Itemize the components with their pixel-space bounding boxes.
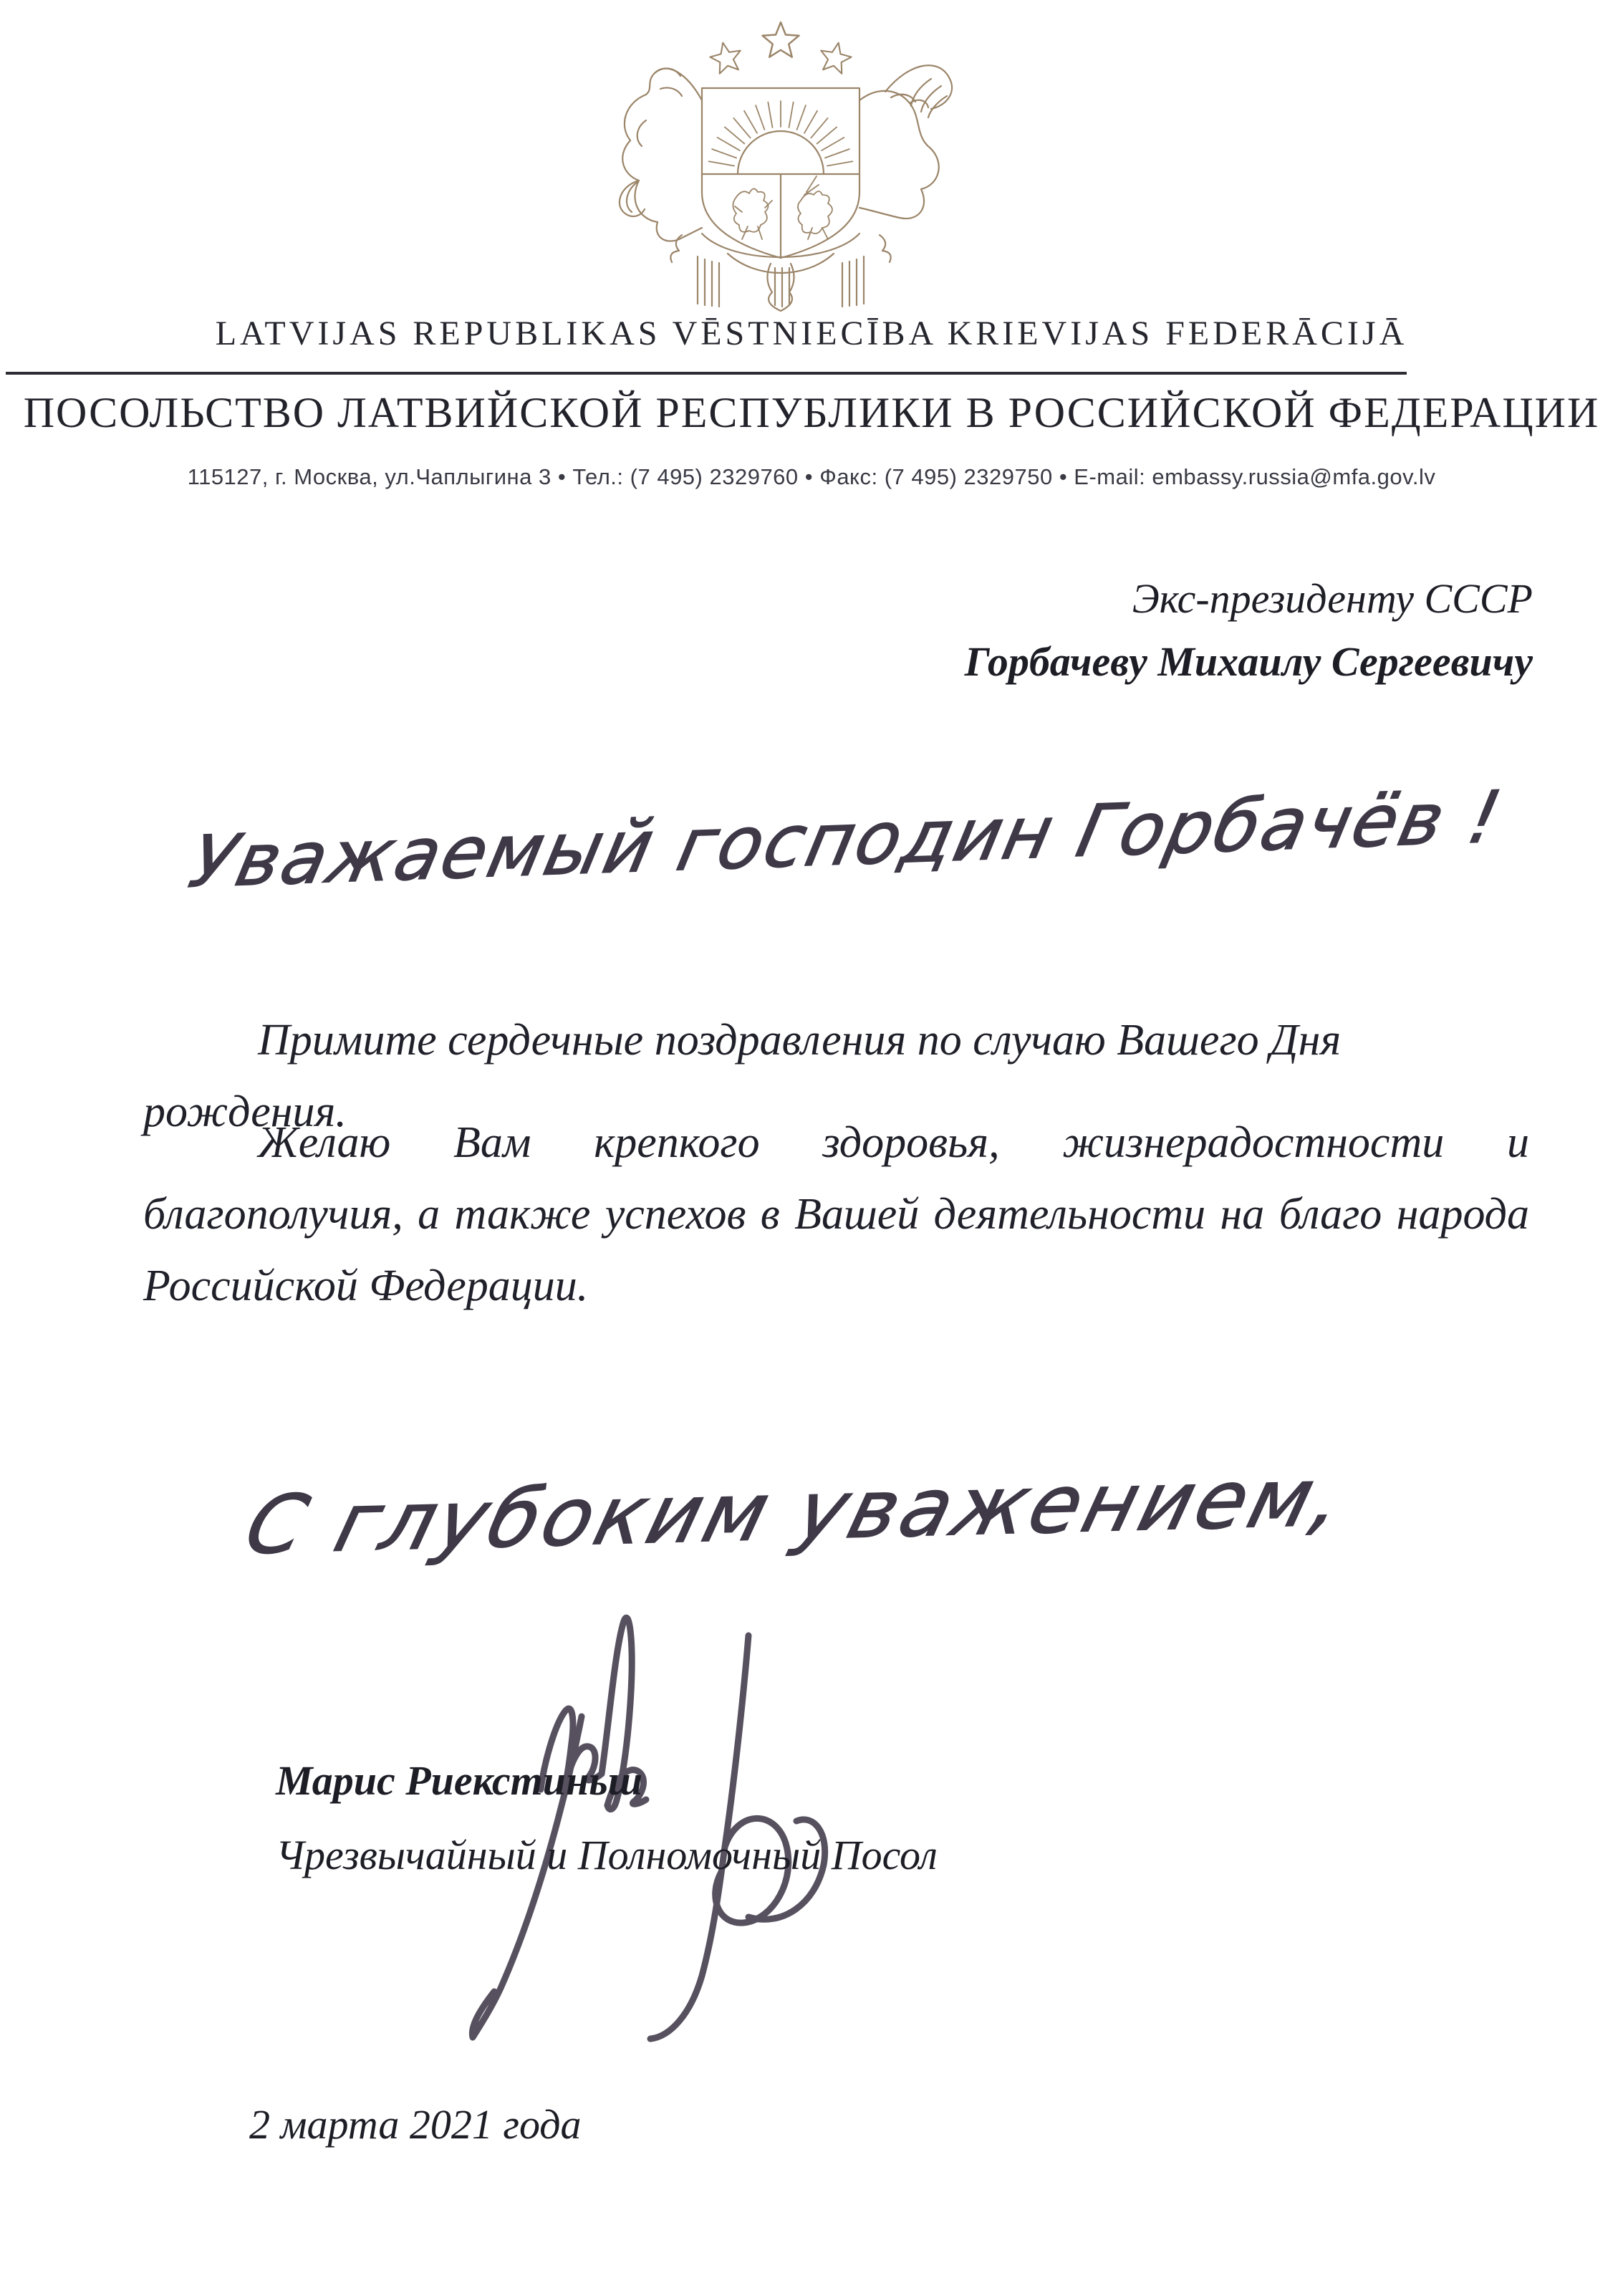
signer-title: Чрезвычайный и Полномочный Посол [276, 1831, 938, 1879]
scanned-letter-page: LATVIJAS REPUBLIKAS VĒSTNIECĪBA KRIEVIJA… [0, 0, 1623, 2296]
handwritten-closing: С глубоким уважением, [236, 1451, 1357, 1572]
embassy-name-latvian: LATVIJAS REPUBLIKAS VĒSTNIECĪBA KRIEVIJA… [0, 314, 1623, 353]
contact-line: 115127, г. Москва, ул.Чаплыгина 3 • Тел.… [0, 464, 1623, 490]
latvia-coat-of-arms [594, 20, 967, 328]
recipient-block: Экс-президенту СССР Горбачеву Михаилу Се… [745, 567, 1533, 693]
signer-name: Марис Риекстиньш [276, 1757, 642, 1805]
shield-griffin [798, 176, 832, 239]
date-line: 2 марта 2021 года [249, 2100, 582, 2148]
recipient-name: Горбачеву Михаилу Сергеевичу [745, 630, 1533, 693]
star-icon [762, 22, 799, 57]
handwritten-salutation: Уважаемый господин Горбачёв ! [183, 775, 1510, 904]
supporter-lion [620, 69, 702, 241]
embassy-name-russian: ПОСОЛЬСТВО ЛАТВИЙСКОЙ РЕСПУБЛИКИ В РОССИ… [0, 388, 1623, 438]
star-icon [817, 39, 854, 75]
shield-lion [733, 188, 772, 239]
supporter-griffin [859, 65, 952, 218]
body-paragraph-2: Желаю Вам крепкого здоровья, жизнерадост… [143, 1107, 1529, 1322]
star-icon [708, 39, 744, 75]
recipient-role: Экс-президенту СССР [745, 567, 1533, 630]
divider-rule [6, 372, 1407, 375]
